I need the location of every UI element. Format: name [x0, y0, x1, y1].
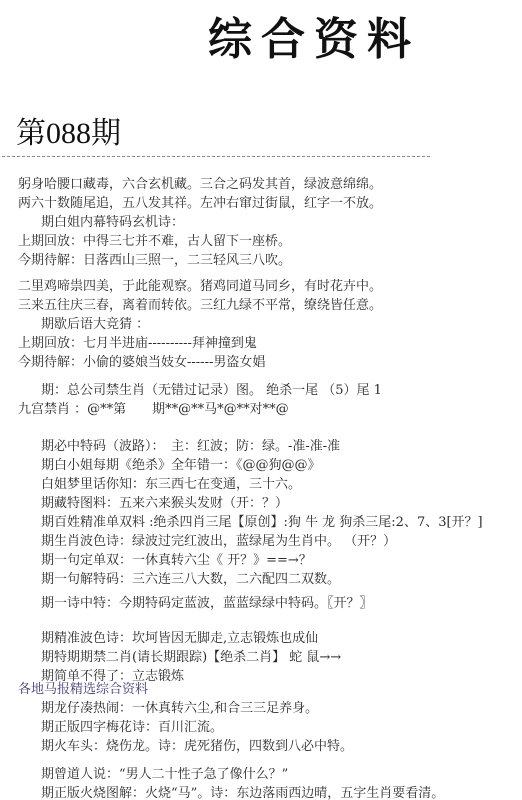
text-line: 上期回放：中得三七并不难，古人留下一座桥。	[18, 232, 291, 251]
text-line: 期百姓精准单双料 :绝杀四肖三尾【原创】:狗 牛 龙 狗杀三尾:2、7、3[开？…	[41, 513, 483, 532]
issue-number-heading: 第088期	[16, 116, 121, 152]
text-line: 期龙仔凑热闹：一休真转六尘,和合三三足养身。	[41, 699, 318, 718]
page-title: 综合资料	[208, 14, 420, 66]
text-line: 期白小姐每期《绝杀》全年错一：《@@狗@@》	[41, 456, 321, 475]
text-line: 三来五往庆三春，离着而转依。三红九绿不平常，缭绕皆任意。	[18, 296, 382, 315]
text-line: 期火车头：烧伤龙。诗：虎死猪伤，四数到八必中特。	[41, 737, 353, 756]
text-line: 九宫禁肖 ：@**第 期**@**马*@**对**@	[18, 400, 289, 419]
text-line: 期一句定单双：一休真转六尘《 开？》==→？	[41, 551, 312, 570]
text-line: 期白姐内幕特码玄机诗：	[41, 213, 184, 232]
text-line: 期正版四字梅花诗：百川汇流。	[41, 718, 223, 737]
text-line: 期特期期禁二肖(请长期跟踪)【绝杀二肖】 蛇 鼠→→	[41, 648, 341, 667]
text-line: 期必中特码（波路）： 主：红波；防：绿。-准-准-准	[41, 437, 340, 456]
text-line: 期精准波色诗：坎坷皆因无脚走,立志锻炼也成仙	[41, 629, 318, 648]
text-line: 今期待解：小偷的婆娘当妓女------男盗女娼	[18, 353, 265, 372]
section-heading: 各地马报精选综合资料	[18, 680, 148, 699]
dashed-divider	[2, 156, 430, 157]
text-line: 期藏特图料：五来六来猴头发财（开：？）	[41, 494, 288, 513]
text-line: 期歇后语大竞猜 ：	[41, 315, 149, 334]
text-line: 期生肖波色诗：绿波过完红波出，蓝绿尾为生肖中。 （开？）	[41, 532, 396, 551]
text-line: 躬身哈腰口藏毒，六合玄机藏。三合之码发其首，绿波意绵绵。	[18, 175, 382, 194]
text-line: 二里鸡啼祟四美，于此能观察。猪鸡同道马同乡，有时花卉中。	[18, 277, 382, 296]
text-line: 两六十数随尾追，五八发其祥。左冲右窜过街鼠，红字一不放。	[18, 194, 382, 213]
text-line: 期一句解特码：三六连三八大数，二六配四二双数。	[41, 570, 340, 589]
text-line: 上期回放：七月半进庙----------拜神撞到鬼	[18, 334, 257, 353]
text-line: 今期待解：日落西山三照一，二三轻风三八吹。	[18, 251, 291, 270]
text-line: 期一诗中特：今期特码定蓝波，蓝蓝绿绿中特码。〖开？〗	[41, 594, 373, 613]
text-line: 期：总公司禁生肖（无错过记录）图。 绝杀一尾 （5）尾 1	[41, 381, 382, 400]
text-line: 期曾道人说：“男人二十性子急了像什么？”	[41, 765, 288, 784]
text-line: 白姐梦里话你知：东三西七在变通，三十六。	[41, 475, 301, 494]
text-line: 期正版火烧图解：火烧“马”。诗：东边落雨西边晴，五字生肖要看清。	[41, 784, 444, 800]
